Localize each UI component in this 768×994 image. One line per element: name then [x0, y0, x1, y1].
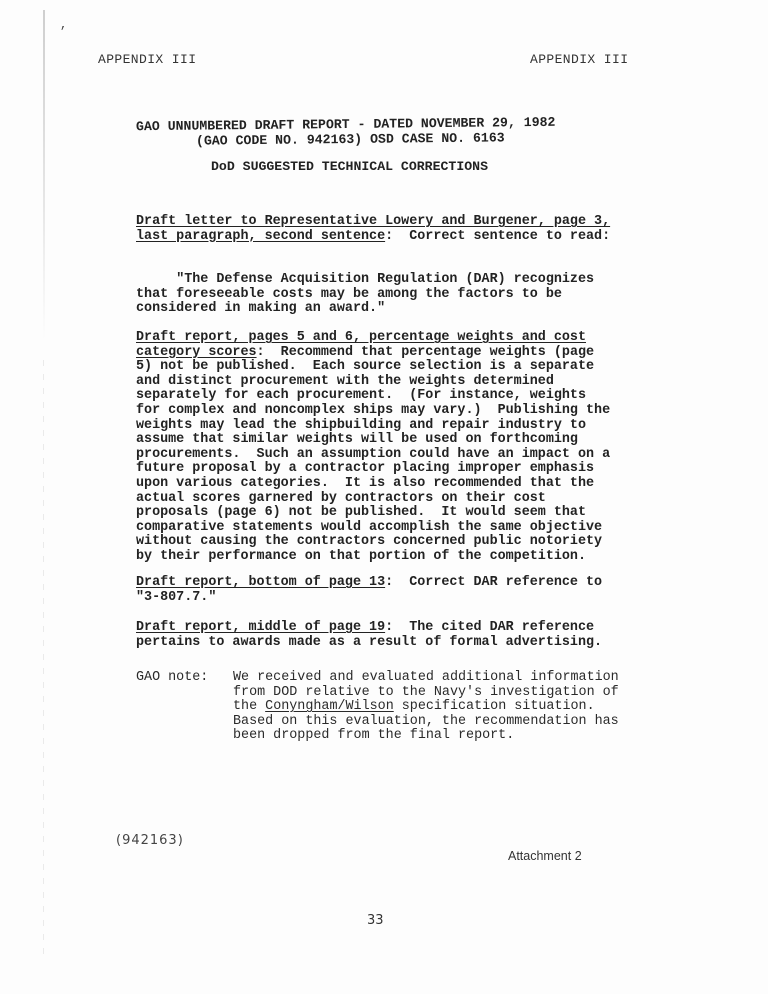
document-page: , APPENDIX III APPENDIX III GAO UNNUMBER…	[0, 0, 768, 994]
gao-note-body: We received and evaluated additional inf…	[233, 671, 663, 744]
scan-edge-artifact	[43, 10, 45, 340]
page-number: 33	[367, 913, 384, 928]
attachment-label: Attachment 2	[508, 849, 582, 863]
gao-note-label: GAO note:	[136, 671, 208, 686]
gao-code: (942163)	[116, 833, 184, 848]
correction-heading: Draft report, bottom of page 13	[136, 575, 385, 590]
section-title: DoD SUGGESTED TECHNICAL CORRECTIONS	[211, 159, 488, 174]
correction-heading: Draft report, middle of page 19	[136, 620, 385, 635]
quoted-correction: "The Defense Acquisition Regulation (DAR…	[136, 273, 656, 317]
scan-mark: ,	[60, 18, 67, 32]
appendix-header-left: APPENDIX III	[98, 52, 196, 67]
correction-paragraph-1: Draft letter to Representative Lowery an…	[136, 215, 656, 244]
scan-edge-artifact	[43, 360, 44, 960]
correction-body: : Correct sentence to read:	[385, 229, 610, 244]
correction-paragraph-4: Draft report, middle of page 19: The cit…	[136, 621, 656, 650]
correction-paragraph-2: Draft report, pages 5 and 6, percentage …	[136, 331, 656, 565]
appendix-header-right: APPENDIX III	[530, 52, 628, 67]
correction-paragraph-3: Draft report, bottom of page 13: Correct…	[136, 576, 656, 605]
correction-body: : Recommend that percentage weights (pag…	[136, 345, 610, 564]
report-code-line: (GAO CODE NO. 942163) OSD CASE NO. 6163	[196, 130, 505, 148]
ship-names: Conyngham/Wilson	[265, 699, 394, 714]
